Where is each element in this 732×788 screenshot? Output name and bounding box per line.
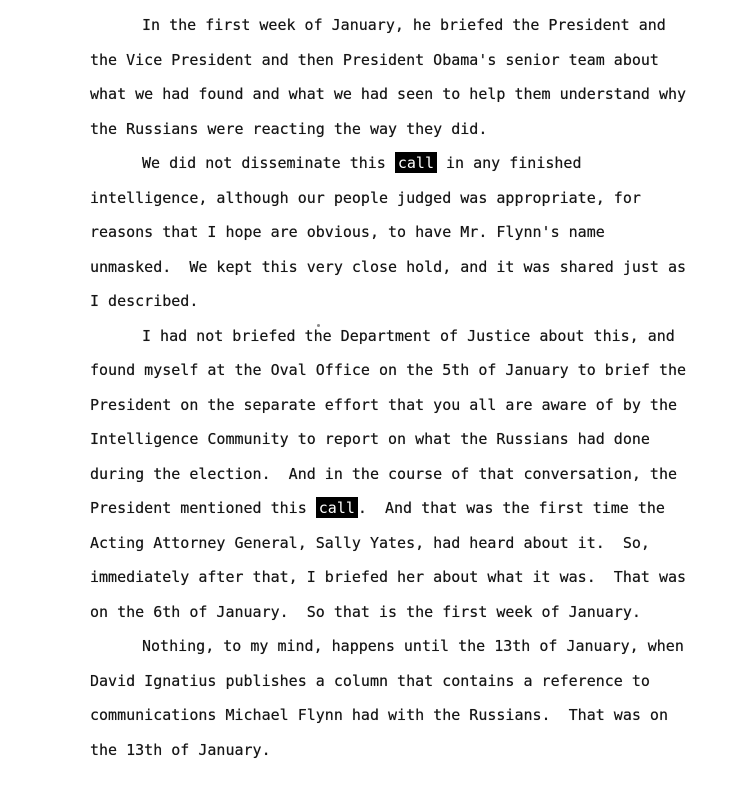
text-segment: We did not disseminate this — [142, 154, 395, 172]
text-segment: the Russians were reacting the way they … — [90, 120, 487, 138]
text-segment: the 13th of January. — [90, 741, 271, 759]
document-line: found myself at the Oval Office on the 5… — [90, 353, 712, 388]
document-line: President on the separate effort that yo… — [90, 388, 712, 423]
text-segment: I had not briefed the Department of Just… — [142, 327, 675, 345]
document-line: Nothing, to my mind, happens until the 1… — [90, 629, 712, 664]
text-segment: reasons that I hope are obvious, to have… — [90, 223, 605, 241]
document-line: Intelligence Community to report on what… — [90, 422, 712, 457]
text-segment: in any finished — [437, 154, 582, 172]
redaction-highlight: call — [395, 152, 437, 173]
document-line: the Vice President and then President Ob… — [90, 43, 712, 78]
document-line: In the first week of January, he briefed… — [90, 8, 712, 43]
text-segment: what we had found and what we had seen t… — [90, 85, 686, 103]
text-segment: Acting Attorney General, Sally Yates, ha… — [90, 534, 650, 552]
text-segment: immediately after that, I briefed her ab… — [90, 568, 686, 586]
text-segment: I described. — [90, 292, 198, 310]
document-line: the Russians were reacting the way they … — [90, 112, 712, 147]
text-segment: the Vice President and then President Ob… — [90, 51, 659, 69]
redaction-highlight: call — [316, 497, 358, 518]
document-page: In the first week of January, he briefed… — [0, 0, 732, 788]
transcript-text: In the first week of January, he briefed… — [90, 8, 712, 767]
document-line: President mentioned this call. And that … — [90, 491, 712, 526]
text-segment: Nothing, to my mind, happens until the 1… — [142, 637, 684, 655]
text-segment: David Ignatius publishes a column that c… — [90, 672, 650, 690]
document-line: We did not disseminate this call in any … — [90, 146, 712, 181]
text-segment: intelligence, although our people judged… — [90, 189, 641, 207]
text-segment: President mentioned this — [90, 499, 316, 517]
document-line: Acting Attorney General, Sally Yates, ha… — [90, 526, 712, 561]
text-segment: during the election. And in the course o… — [90, 465, 677, 483]
text-segment: unmasked. We kept this very close hold, … — [90, 258, 686, 276]
document-line: I described. — [90, 284, 712, 319]
text-segment: found myself at the Oval Office on the 5… — [90, 361, 686, 379]
text-segment: . And that was the first time the — [358, 499, 665, 517]
document-line: reasons that I hope are obvious, to have… — [90, 215, 712, 250]
text-segment: Intelligence Community to report on what… — [90, 430, 650, 448]
document-line: what we had found and what we had seen t… — [90, 77, 712, 112]
document-line: intelligence, although our people judged… — [90, 181, 712, 216]
document-line: on the 6th of January. So that is the fi… — [90, 595, 712, 630]
document-line: David Ignatius publishes a column that c… — [90, 664, 712, 699]
document-line: the 13th of January. — [90, 733, 712, 768]
text-segment: In the first week of January, he briefed… — [142, 16, 666, 34]
document-line: unmasked. We kept this very close hold, … — [90, 250, 712, 285]
document-line: communications Michael Flynn had with th… — [90, 698, 712, 733]
text-segment: on the 6th of January. So that is the fi… — [90, 603, 641, 621]
document-line: I had not briefed the Department of Just… — [90, 319, 712, 354]
text-segment: President on the separate effort that yo… — [90, 396, 677, 414]
text-segment: communications Michael Flynn had with th… — [90, 706, 668, 724]
document-line: during the election. And in the course o… — [90, 457, 712, 492]
scan-artifact-dot — [317, 324, 320, 327]
document-line: immediately after that, I briefed her ab… — [90, 560, 712, 595]
